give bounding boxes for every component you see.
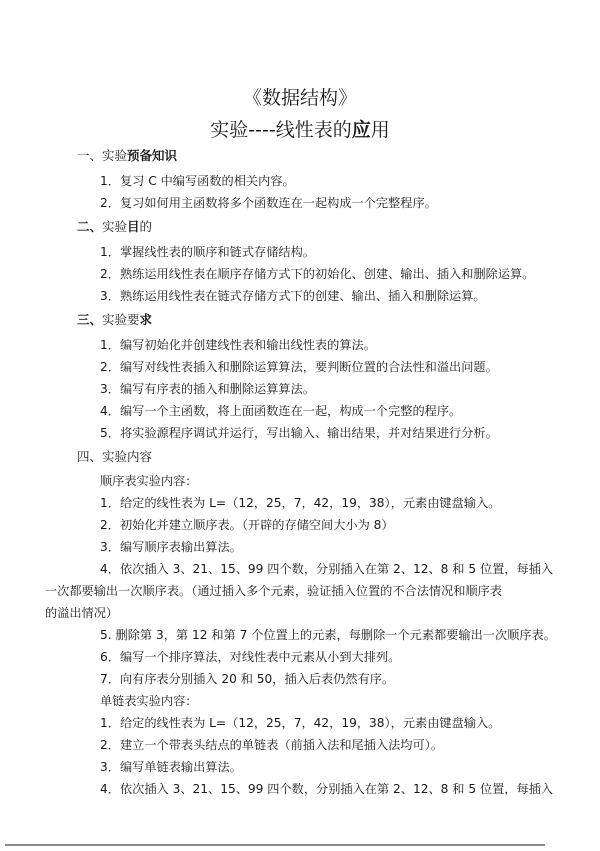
list-item: 5. 删除第 3，第 12 和第 7 个位置上的元素，每删除一个元素都要输出一次… [100,626,556,644]
list-item: 4．编写一个主函数，将上面函数连在一起，构成一个完整的程序。 [100,402,461,420]
list-item: 1．掌握线性表的顺序和链式存储结构。 [100,243,315,261]
section-heading-objectives: 二、实验目的 [77,218,152,236]
list-item: 2．建立一个带表头结点的单链表（前插入法和尾插入法均可）。 [100,736,443,754]
document-subtitle: 实验----线性表的应用 [0,118,600,142]
section-heading-prerequisites: 一、实验预备知识 [77,147,177,165]
list-item: 3．编写有序表的插入和删除运算算法。 [100,380,315,398]
list-item: 2．初始化并建立顺序表。（开辟的存储空间大小为 8） [100,516,394,534]
list-item: 6．编写一个排序算法，对线性表中元素从小到大排列。 [100,648,400,666]
list-item: 5．将实验源程序调试并运行，写出输入、输出结果，并对结果进行分析。 [100,424,498,442]
list-item: 1．复习 C 中编写函数的相关内容。 [100,172,295,190]
list-item: 2．复习如何用主函数将多个函数连在一起构成一个完整程序。 [100,194,437,212]
list-item: 1．给定的线性表为 L=（12，25，7，42，19，38），元素由键盘输入。 [100,714,500,732]
list-item: 2．编写对线性表插入和删除运算算法，要判断位置的合法性和溢出问题。 [100,358,498,376]
list-item: 1．给定的线性表为 L=（12，25，7，42，19，38），元素由键盘输入。 [100,494,500,512]
list-item: 3．熟练运用线性表在链式存储方式下的创建、输出、插入和删除运算。 [100,287,486,305]
list-item-continuation: 的溢出情况） [45,604,118,622]
list-item: 2．熟练运用线性表在顺序存储方式下的初始化、创建、输出、插入和删除运算。 [100,265,534,283]
subsection-heading-linked: 单链表实验内容： [100,692,198,710]
list-item: 4．依次插入 3、21、15、99 四个数，分别插入在第 2、12、8 和 5 … [100,780,553,798]
list-item: 3．编写顺序表输出算法。 [100,538,242,556]
list-item: 4．依次插入 3、21、15、99 四个数，分别插入在第 2、12、8 和 5 … [100,560,553,578]
section-heading-requirements: 三、实验要求 [77,311,152,329]
list-item-continuation: 一次都要输出一次顺序表。（通过插入多个元素，验证插入位置的不合法情况和顺序表 [45,582,502,600]
document-title: 《数据结构》 [0,86,600,110]
subsection-heading-sequential: 顺序表实验内容： [100,472,198,490]
list-item: 3．编写单链表输出算法。 [100,758,242,776]
section-heading-content: 四、实验内容 [77,448,152,466]
list-item: 7．向有序表分别插入 20 和 50，插入后表仍然有序。 [100,670,394,688]
list-item: 1．编写初始化并创建线性表和输出线性表的算法。 [100,336,376,354]
page-bottom-rule [5,844,545,846]
